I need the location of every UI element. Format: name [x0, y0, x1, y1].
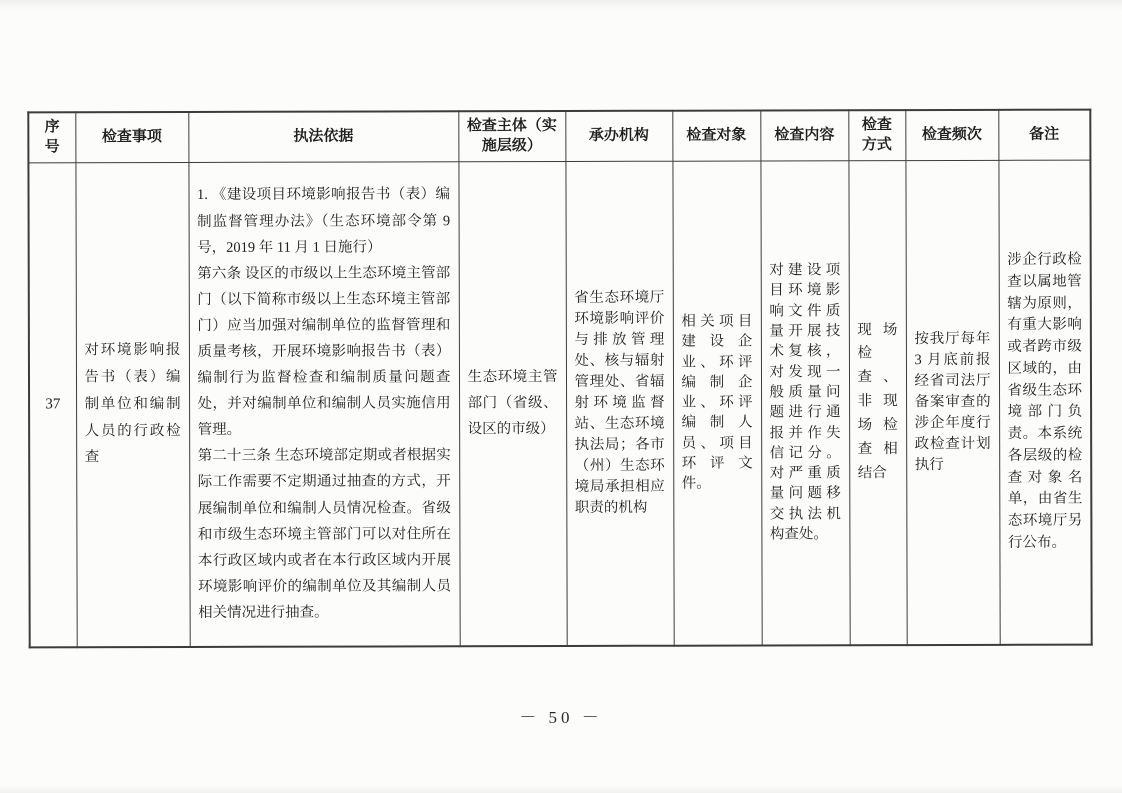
cell-handling-agency: 省生态环境厅环境影响评价与排放管理处、核与辐射管理处、省辐射环境监督站、生态环境… [565, 161, 673, 646]
col-header-content: 检查内容 [760, 110, 848, 160]
cell-legal-basis: 1. 《建设项目环境影响报告书（表）编制监督管理办法》（生态环境部令第 9 号，… [188, 161, 459, 647]
scan-artifact-bottom [0, 785, 1122, 793]
cell-inspection-item: 对环境影响报告书（表）编制单位和编制人员的行政检查 [75, 162, 189, 647]
col-header-frequency: 检查频次 [905, 110, 998, 160]
inspection-items-table-wrap: 序号 检查事项 执法依据 检查主体（实施层级） 承办机构 检查对象 检查内容 检… [27, 109, 1090, 649]
cell-inspection-method: 现场检查、非现场检查相结合 [848, 160, 906, 645]
col-header-target: 检查对象 [672, 110, 760, 160]
cell-seq: 37 [28, 162, 76, 647]
scan-artifact-top [0, 0, 1122, 10]
col-header-remark: 备注 [998, 110, 1090, 160]
cell-inspection-target: 相关项目建设企业、环评编制企业、环评编制人员、项目环评文件。 [672, 160, 761, 645]
cell-inspection-content: 对建设项目环境影响文件质量开展技术复核，对发现一般质量问题进行通报并作失信记分。… [760, 160, 849, 645]
col-header-subject: 检查主体（实施层级） [458, 111, 565, 161]
col-header-legal-basis: 执法依据 [188, 111, 458, 162]
cell-inspection-frequency: 按我厅每年 3 月底前报经省司法厅备案审查的涉企年度行政检查计划执行 [905, 160, 999, 645]
table-header-row: 序号 检查事项 执法依据 检查主体（实施层级） 承办机构 检查对象 检查内容 检… [28, 110, 1090, 163]
table-row: 37 对环境影响报告书（表）编制单位和编制人员的行政检查 1. 《建设项目环境影… [28, 160, 1091, 648]
page-number: － 50 － [0, 703, 1122, 728]
cell-remark: 涉企行政检查以属地管辖为原则，有重大影响或者跨市级区域的，由省级生态环境部门负责… [998, 160, 1091, 645]
col-header-item: 检查事项 [75, 112, 188, 162]
cell-inspection-subject: 生态环境主管部门（省级、设区的市级） [458, 161, 566, 646]
inspection-items-table: 序号 检查事项 执法依据 检查主体（实施层级） 承办机构 检查对象 检查内容 检… [27, 109, 1092, 649]
col-header-agency: 承办机构 [565, 111, 672, 161]
col-header-method: 检查方式 [848, 110, 905, 160]
col-header-seq: 序号 [28, 112, 75, 162]
